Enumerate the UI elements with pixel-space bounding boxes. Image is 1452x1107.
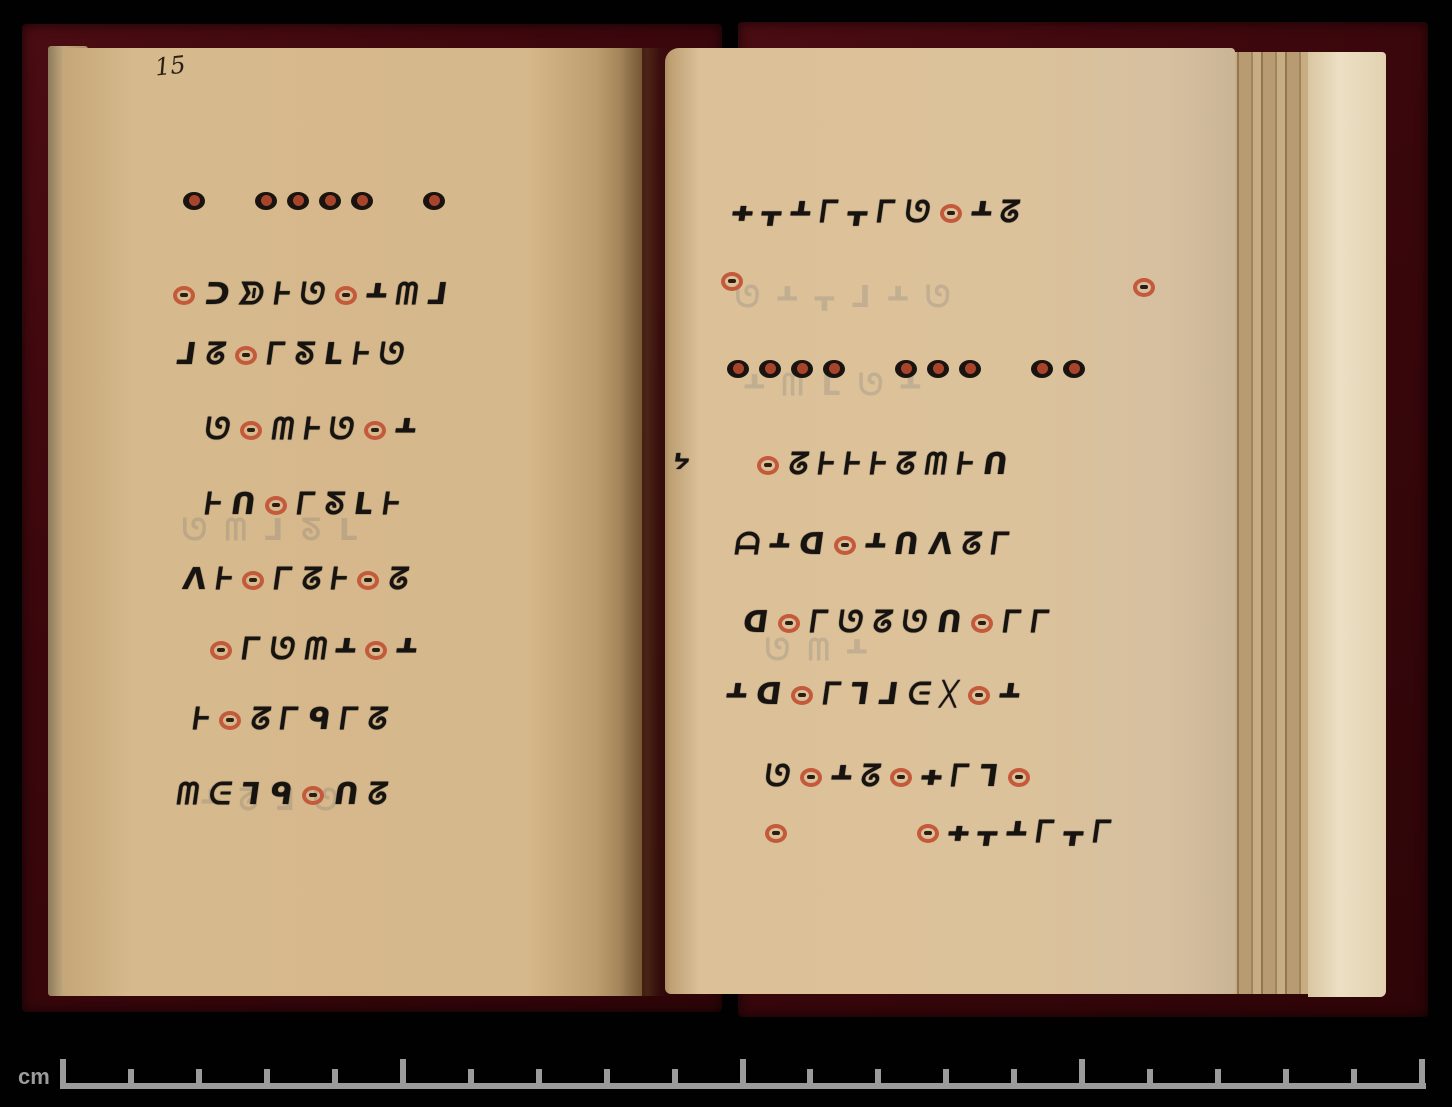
page-number: 15	[154, 50, 187, 81]
script-line: ᎰᘔᎱᑫᎱᘔ	[188, 705, 392, 735]
script-glyph: Ꮁ	[265, 340, 287, 370]
script-glyph: ᚆ	[998, 680, 1021, 710]
script-line: ᗩᚆᗡᚆᑎᐱᘔᎱ	[730, 530, 1014, 560]
script-glyph: ᚆ	[394, 415, 417, 445]
script-glyph: ᒪ	[322, 340, 345, 370]
script-glyph: ᗡ	[741, 608, 770, 638]
punctuation-dot-red-icon	[791, 686, 813, 705]
script-glyph: Ꮁ	[1029, 608, 1051, 638]
script-glyph: ᘕ	[323, 490, 347, 520]
punctuation-dot-black-icon	[423, 192, 445, 210]
script-glyph: ᒧ	[426, 280, 449, 310]
script-glyph: ᒣ	[977, 762, 1000, 792]
script-glyph: ᚆ	[768, 530, 791, 560]
script-glyph: ᚷ	[938, 680, 960, 710]
scale-tick	[536, 1069, 542, 1085]
script-glyph: ᗰ	[175, 780, 201, 810]
punctuation-dot-red-icon	[890, 768, 912, 787]
punctuation-dot-red-icon	[219, 711, 241, 730]
scale-tick	[1147, 1069, 1153, 1085]
script-glyph: Ꮀ	[272, 280, 292, 310]
script-glyph: ᚆ	[864, 530, 887, 560]
script-glyph: ᚆ	[334, 635, 357, 665]
scale-tick	[1283, 1069, 1289, 1085]
punctuation-dot-black-icon	[1063, 360, 1085, 378]
script-glyph: ᚆ	[1005, 818, 1028, 848]
punctuation-dot-red-icon	[210, 641, 232, 660]
punctuation-dot-red-icon	[1133, 278, 1155, 297]
punctuation-dot-black-icon	[287, 192, 309, 210]
script-glyph: ᘎ	[298, 280, 327, 310]
script-glyph: ᑎ	[332, 780, 361, 810]
punctuation-dot-black-icon	[959, 360, 981, 378]
punctuation-dot-red-icon	[335, 286, 357, 305]
script-glyph: Ꮁ	[1091, 818, 1113, 848]
script-glyph: ᒪ	[352, 490, 375, 520]
punctuation-dot-red-icon	[778, 614, 800, 633]
script-glyph: ᘎ	[203, 415, 232, 445]
script-line: ᚐᚁᚆᎱᚁᎱ	[760, 818, 1116, 848]
punctuation-dot-black-icon	[823, 360, 845, 378]
script-glyph: ᘔ	[249, 705, 273, 735]
punctuation-dot-red-icon	[302, 786, 324, 805]
script-glyph: ᘔ	[894, 450, 918, 480]
script-glyph: Ꮁ	[240, 635, 262, 665]
script-glyph: Ꮁ	[808, 608, 830, 638]
left-page: ᘎᗰᒧᘕᒪ ᚆᘔᒧᘎ	[62, 48, 642, 996]
script-glyph: Ꮀ	[816, 450, 836, 480]
script-glyph: Ꮀ	[381, 490, 401, 520]
script-glyph: Ꮀ	[955, 450, 975, 480]
punctuation-dot-red-icon	[242, 571, 264, 590]
punctuation-dot-red-icon	[917, 824, 939, 843]
margin-mark: ᔭ	[668, 452, 695, 474]
script-glyph: ᒧ	[175, 340, 198, 370]
script-glyph: ᑫ	[268, 780, 295, 810]
punctuation-dot-red-icon	[968, 686, 990, 705]
script-glyph: ᘎ	[903, 198, 932, 228]
script-glyph: ᒣ	[239, 780, 262, 810]
script-glyph: ᗰ	[270, 415, 296, 445]
scale-tick	[807, 1069, 813, 1085]
script-glyph: Ꮁ	[272, 565, 294, 595]
punctuation-dot-red-icon	[364, 421, 386, 440]
script-line	[716, 272, 748, 291]
script-glyph: ᚁ	[976, 818, 999, 848]
script-glyph: ᘔ	[387, 565, 411, 595]
punctuation-dot-red-icon	[365, 641, 387, 660]
script-glyph: ᗰ	[303, 635, 329, 665]
script-glyph: ᘎ	[377, 340, 406, 370]
endpaper	[1308, 52, 1386, 997]
script-glyph: ᘔ	[366, 705, 390, 735]
script-glyph: ᚆ	[395, 635, 418, 665]
scale-tick	[1011, 1069, 1017, 1085]
script-glyph: ᚐ	[920, 762, 943, 792]
punctuation-dot-red-icon	[940, 204, 962, 223]
script-glyph: ᘔ	[300, 565, 324, 595]
script-glyph: ᚆ	[830, 762, 853, 792]
script-line: ᘎᚆᘔᚐᎱᒣ	[760, 762, 1035, 792]
margin-glyph: ᔭ	[671, 452, 691, 474]
script-glyph: ᚐ	[731, 198, 754, 228]
script-glyph: Ꮀ	[351, 340, 371, 370]
script-glyph: ᚁ	[846, 198, 869, 228]
punctuation-dot-black-icon	[1031, 360, 1053, 378]
script-glyph: Ꮁ	[295, 490, 317, 520]
script-glyph: ᘔ	[859, 762, 883, 792]
script-glyph: Ꮀ	[329, 565, 349, 595]
scale-tick	[672, 1069, 678, 1085]
script-glyph: ᑎ	[935, 608, 964, 638]
script-glyph: Ꮁ	[875, 198, 897, 228]
script-glyph: ᕮ	[906, 680, 933, 710]
scale-tick	[196, 1069, 202, 1085]
scale-tick	[128, 1069, 134, 1085]
script-glyph: ᘔ	[204, 340, 228, 370]
punctuation-dot-black-icon	[255, 192, 277, 210]
script-line: ᘎᗰᎰᘎᚆ	[200, 415, 420, 445]
scale-tick	[943, 1069, 949, 1085]
script-glyph: ᘔ	[870, 608, 894, 638]
script-glyph: ᚆ	[789, 198, 812, 228]
punctuation-dot-red-icon	[265, 496, 287, 515]
scale-tick	[875, 1069, 881, 1085]
punctuation-dot-red-icon	[1008, 768, 1030, 787]
script-glyph: ᘎ	[836, 608, 865, 638]
punctuation-dot-red-icon	[800, 768, 822, 787]
scale-tick	[264, 1069, 270, 1085]
punctuation-dot-black-icon	[319, 192, 341, 210]
script-line: ᐱᎰᎱᘔᎰᘔ	[178, 565, 413, 595]
punctuation-dot-black-icon	[759, 360, 781, 378]
scale-tick	[1419, 1059, 1425, 1085]
script-line: ᘔᎰᎰᎰᘔᗰᎰᑎ	[752, 450, 1012, 480]
script-glyph: ᚆ	[725, 680, 748, 710]
script-glyph: ᘔ	[787, 450, 811, 480]
script-glyph: Ꮁ	[1001, 608, 1023, 638]
punctuation-dot-red-icon	[235, 346, 257, 365]
punctuation-dot-red-icon	[173, 286, 195, 305]
script-glyph: ᚆ	[365, 280, 388, 310]
script-glyph: ᑎ	[229, 490, 258, 520]
script-line: Ꮁᘎᗰᚆᚆ	[205, 635, 421, 665]
punctuation-dot-black-icon	[791, 360, 813, 378]
script-glyph: ᘎ	[327, 415, 356, 445]
scale-tick	[740, 1059, 746, 1085]
script-glyph: ᚆ	[969, 198, 992, 228]
script-glyph: Ꮀ	[842, 450, 862, 480]
script-line: ᒧᘔᎱᘕᒪᎰᘎ	[172, 340, 409, 370]
script-line: ᗡᎱᘎᘔᘎᑎᎱᎱ	[738, 608, 1054, 638]
script-glyph: Ꮀ	[191, 705, 211, 735]
script-glyph: Ꮁ	[821, 680, 843, 710]
script-glyph: Ꮁ	[278, 705, 300, 735]
punctuation-dot-red-icon	[971, 614, 993, 633]
script-line: ᚐᚁᚆᎱᚁᎱᘎᚆᘔ	[728, 198, 1025, 228]
script-line: ᎰᑎᎱᘕᒪᎰ	[200, 490, 404, 520]
script-glyph: ᑎ	[981, 450, 1010, 480]
script-glyph: ᘎ	[268, 635, 297, 665]
script-glyph: Ꮁ	[338, 705, 360, 735]
punctuation-dot-black-icon	[351, 192, 373, 210]
script-glyph: Ꮀ	[868, 450, 888, 480]
punctuation-dot-black-icon	[183, 192, 205, 210]
script-line	[722, 360, 1090, 378]
script-glyph: ᑫ	[306, 705, 333, 735]
script-glyph: ᚁ	[760, 198, 783, 228]
scale-tick	[468, 1069, 474, 1085]
punctuation-dot-red-icon	[721, 272, 743, 291]
script-glyph: ᑐ	[203, 280, 232, 310]
punctuation-dot-red-icon	[357, 571, 379, 590]
script-glyph: Ꮁ	[818, 198, 840, 228]
script-glyph: ᗰ	[923, 450, 949, 480]
punctuation-dot-red-icon	[834, 536, 856, 555]
script-glyph: ᒣ	[848, 680, 871, 710]
script-glyph: Ꮁ	[1034, 818, 1056, 848]
script-line: ᚆᗡᎱᒣᒧᕮᚷᚆ	[722, 680, 1024, 710]
script-glyph: ᐱ	[181, 565, 208, 595]
scale-tick	[332, 1069, 338, 1085]
punctuation-dot-red-icon	[757, 456, 779, 475]
script-glyph: ᐱ	[927, 530, 954, 560]
punctuation-dot-red-icon	[240, 421, 262, 440]
scale-tick	[604, 1069, 610, 1085]
punctuation-dot-red-icon	[765, 824, 787, 843]
script-glyph: Ꮀ	[301, 415, 321, 445]
script-glyph: ᘎ	[763, 762, 792, 792]
scale-tick	[1215, 1069, 1221, 1085]
script-glyph: ᗡ	[797, 530, 826, 560]
script-glyph: ᗩ	[733, 530, 762, 560]
script-glyph: ᘔ	[960, 530, 984, 560]
script-glyph: ᒧ	[877, 680, 900, 710]
script-line: ᗰᕮᒣᑫᑎᘔ	[172, 780, 393, 810]
script-glyph: ᚁ	[1062, 818, 1085, 848]
script-glyph: Ꮀ	[214, 565, 234, 595]
script-glyph: ᗰ	[394, 280, 420, 310]
script-glyph: ᚐ	[947, 818, 970, 848]
script-glyph: ᗡ	[754, 680, 783, 710]
script-line: ᑐᗥᎰᘎᚆᗰᒧ	[168, 280, 451, 310]
right-page: ᘎᚆᚁᒧᚆᘎ ᚆᗰᒪᘎᚆ ᘎᗰᚆ	[665, 48, 1235, 994]
ink-bleed-through: ᘎᚆᚁᒧᚆᘎ	[735, 280, 968, 315]
scale-tick	[60, 1059, 66, 1085]
script-glyph: Ꮀ	[203, 490, 223, 520]
scale-tick	[1351, 1069, 1357, 1085]
script-glyph: ᕮ	[207, 780, 234, 810]
script-glyph: ᘔ	[998, 198, 1022, 228]
script-glyph: ᘔ	[366, 780, 390, 810]
scale-unit-label: cm	[18, 1064, 50, 1090]
manuscript-photo: ᘎᗰᒧᘕᒪ ᚆᘔᒧᘎ ᘎᚆᚁᒧᚆᘎ ᚆᗰᒪᘎᚆ ᘎᗰᚆ 15 ᑐᗥᎰᘎᚆᗰᒧᒧᘔ…	[0, 0, 1452, 1107]
book-gutter	[620, 48, 670, 996]
scale-tick	[1079, 1059, 1085, 1085]
script-glyph: ᘕ	[293, 340, 317, 370]
script-line	[178, 192, 450, 210]
punctuation-dot-black-icon	[727, 360, 749, 378]
script-glyph: ᑎ	[892, 530, 921, 560]
scale-tick	[400, 1059, 406, 1085]
scale-bar: cm	[0, 1050, 1452, 1107]
script-glyph: ᘎ	[900, 608, 929, 638]
punctuation-dot-black-icon	[927, 360, 949, 378]
punctuation-dot-black-icon	[895, 360, 917, 378]
script-glyph: ᗥ	[237, 280, 266, 310]
script-glyph: Ꮁ	[949, 762, 971, 792]
script-glyph: Ꮁ	[989, 530, 1011, 560]
